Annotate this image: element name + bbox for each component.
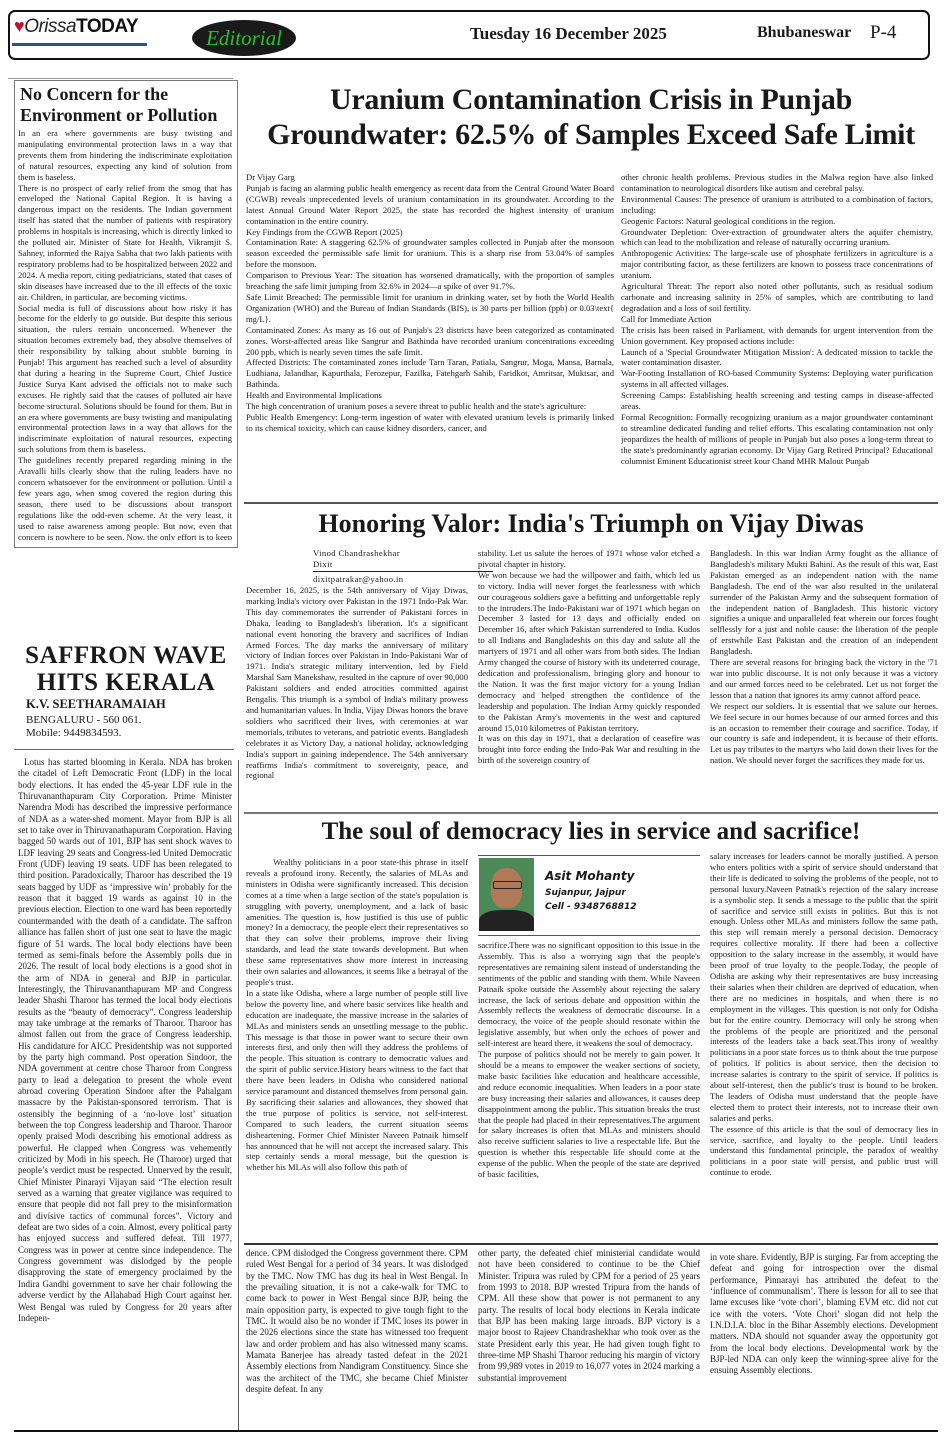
paragraph: sacrifice.There was no significant oppos… bbox=[478, 940, 700, 1049]
paragraph: The crisis has been raised in Parliament… bbox=[621, 325, 933, 347]
byline: Dr Vijay Garg bbox=[246, 172, 614, 183]
author-contact: BENGALURU - 560 061. Mobile: 9449834593. bbox=[26, 714, 142, 740]
divider bbox=[244, 502, 938, 504]
column-divider bbox=[238, 760, 239, 1430]
paragraph: Public Health Emergency: Long-term inges… bbox=[246, 412, 614, 434]
logo-underline bbox=[12, 43, 147, 46]
author-name: Vinod Chandrashekhar bbox=[313, 548, 493, 559]
edition-city: Bhubaneswar bbox=[757, 24, 851, 42]
author-cell: Cell - 9348768812 bbox=[545, 902, 695, 912]
paragraph: The guidelines recently prepared regardi… bbox=[18, 455, 232, 540]
paragraph: Formal Recognition: Formally recognizing… bbox=[621, 412, 933, 467]
paragraph: Punjab is facing an alarming public heal… bbox=[246, 183, 614, 227]
democracy-column-3: salary increases for leaders cannot be m… bbox=[710, 851, 938, 1241]
uranium-column-1: Dr Vijay Garg Punjab is facing an alarmi… bbox=[246, 172, 614, 500]
paragraph: Contamination Rate: A staggering 62.5% o… bbox=[246, 237, 614, 270]
editorial-headline: No Concern for the Environment or Pollut… bbox=[20, 84, 232, 126]
valor-byline: Vinod Chandrashekhar Dixit dixitpatrakar… bbox=[313, 548, 493, 585]
author-name-cont: Dixit bbox=[313, 559, 493, 572]
subheading: Call for Immediate Action bbox=[621, 314, 933, 325]
paragraph: Groundwater Depletion: Over-extraction o… bbox=[621, 227, 933, 249]
logo-text-orissa: Orissa bbox=[24, 16, 76, 37]
issue-date: Tuesday 16 December 2025 bbox=[470, 24, 667, 44]
divider bbox=[14, 1430, 938, 1432]
saffron-column-3: other party, the defeated chief minister… bbox=[478, 1248, 700, 1428]
valor-column-1: December 16, 2025, is the 54th anniversa… bbox=[246, 585, 468, 837]
author-mobile: Mobile: 9449834593. bbox=[26, 727, 142, 740]
section-badge: Editorial bbox=[192, 20, 296, 56]
paragraph: Bangladesh. In this war Indian Army foug… bbox=[710, 548, 938, 657]
paragraph: Contaminated Zones: As many as 16 out of… bbox=[246, 325, 614, 358]
paragraph: Screening Camps: Establishing health scr… bbox=[621, 390, 933, 412]
paragraph: There is no prospect of early relief fro… bbox=[18, 183, 232, 303]
divider bbox=[244, 812, 938, 814]
uranium-column-2: other chronic health problems. Previous … bbox=[621, 172, 933, 500]
paragraph: salary increases for leaders cannot be m… bbox=[710, 851, 938, 1124]
paragraph: The high concentration of uranium poses … bbox=[246, 401, 614, 412]
subheading: Health and Environmental Implications bbox=[246, 390, 614, 401]
paragraph: Launch of a 'Special Groundwater Mitigat… bbox=[621, 347, 933, 369]
paragraph: Geogenic Factors: Natural geological con… bbox=[621, 216, 933, 227]
paragraph: We respect our soldiers. It is essential… bbox=[710, 701, 938, 766]
paragraph: War-Footing Installation of RO-based Com… bbox=[621, 368, 933, 390]
divider bbox=[244, 1243, 938, 1245]
divider bbox=[8, 78, 233, 79]
author-email: dixitpatrakar@yahoo.in bbox=[313, 574, 493, 585]
divider bbox=[478, 935, 700, 936]
democracy-headline: The soul of democracy lies in service an… bbox=[244, 816, 938, 848]
paragraph: Wealthy politicians in a poor state-this… bbox=[246, 857, 468, 988]
saffron-column-4: in vote share. Evidently, BJP is surging… bbox=[710, 1252, 938, 1428]
publication-logo: ♥OrissaTODAY bbox=[14, 16, 138, 38]
author-photo bbox=[479, 858, 534, 931]
logo-text-today: TODAY bbox=[76, 16, 138, 37]
democracy-column-1: Wealthy politicians in a poor state-this… bbox=[246, 857, 468, 1242]
paragraph: In an era where governments are busy twi… bbox=[18, 128, 232, 183]
paragraph: In a state like Odisha, where a large nu… bbox=[246, 988, 468, 1173]
paragraph: The purpose of politics should not be me… bbox=[478, 1049, 700, 1180]
author-name: Asit Mohanty bbox=[545, 869, 695, 883]
photo-shirt bbox=[479, 910, 534, 931]
flame-icon: ♥ bbox=[14, 16, 24, 36]
paragraph: Anthropogenic Activities: The large-scal… bbox=[621, 248, 933, 281]
paragraph: There are several reasons for bringing b… bbox=[710, 657, 938, 701]
glasses-icon bbox=[493, 881, 522, 889]
valor-column-3: Bangladesh. In this war Indian Army foug… bbox=[710, 548, 938, 838]
divider bbox=[478, 855, 700, 856]
paragraph: Comparison to Previous Year: The situati… bbox=[246, 270, 614, 292]
author-address: BENGALURU - 560 061. bbox=[26, 714, 142, 727]
paragraph: Agricultural Threat: The report also not… bbox=[621, 281, 933, 314]
divider bbox=[14, 749, 234, 750]
paragraph: Affected Districts: The contaminated zon… bbox=[246, 357, 614, 390]
paragraph: Environmental Causes: The presence of ur… bbox=[621, 194, 933, 216]
page-number: P-4 bbox=[870, 22, 896, 44]
democracy-column-2: sacrifice.There was no significant oppos… bbox=[478, 940, 700, 1242]
paragraph: Social media is full of discussions abou… bbox=[18, 303, 232, 456]
paragraph: We won because we had the willpower and … bbox=[478, 570, 700, 734]
paragraph: stability. Let us salute the heroes of 1… bbox=[478, 548, 700, 570]
saffron-headline: SAFFRON WAVE HITS KERALA bbox=[18, 642, 234, 696]
valor-headline: Honoring Valor: India's Triumph on Vijay… bbox=[244, 508, 938, 540]
subheading: Key Findings from the CGWB Report (2025) bbox=[246, 227, 614, 238]
paragraph: The essence of this article is that the … bbox=[710, 1124, 938, 1179]
uranium-headline: Uranium Contamination Crisis in Punjab G… bbox=[244, 82, 938, 152]
author-place: Sujanpur, Jajpur bbox=[545, 888, 695, 898]
saffron-column-2: dence. CPM dislodged the Congress govern… bbox=[246, 1248, 468, 1428]
author-name: K.V. SEETHARAMAIAH bbox=[26, 697, 166, 712]
paragraph: Safe Limit Breached: The permissible lim… bbox=[246, 292, 614, 325]
paragraph: It was on this day in 1971, that a decla… bbox=[478, 733, 700, 766]
saffron-column-1: Lotus has started blooming in Kerala. ND… bbox=[18, 757, 232, 1429]
paragraph: other chronic health problems. Previous … bbox=[621, 172, 933, 194]
editorial-body: In an era where governments are busy twi… bbox=[18, 128, 232, 540]
valor-column-2: stability. Let us salute the heroes of 1… bbox=[478, 548, 700, 838]
